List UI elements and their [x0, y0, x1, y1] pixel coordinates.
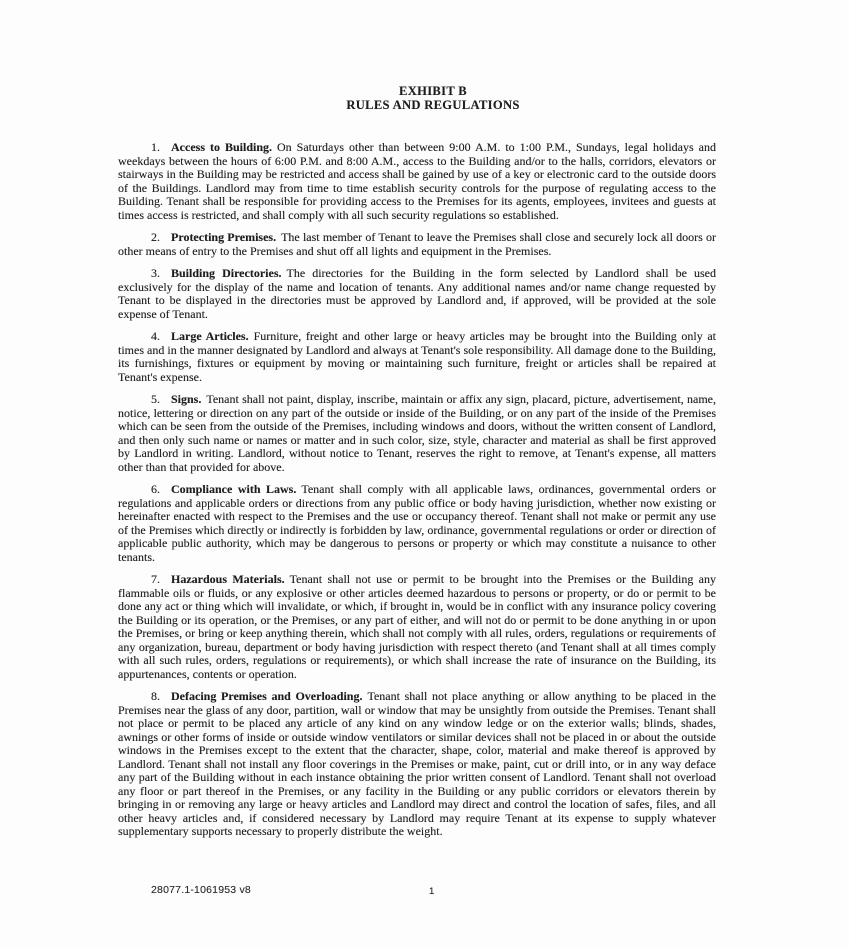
paragraph-defacing-premises-and-overloading: 8.Defacing Premises and Overloading.Tena…	[118, 690, 716, 839]
paragraph-number: 1.	[151, 140, 160, 154]
document-title: EXHIBIT B RULES AND REGULATIONS	[130, 84, 736, 112]
paragraph-heading: Large Articles.	[171, 329, 249, 343]
title-exhibit: EXHIBIT B	[130, 84, 736, 98]
paragraph-heading: Building Directories.	[171, 266, 282, 280]
paragraph-large-articles: 4.Large Articles.Furniture, freight and …	[118, 330, 716, 384]
paragraph-heading: Hazardous Materials.	[171, 572, 285, 586]
paragraph-heading: Protecting Premises.	[171, 230, 276, 244]
paragraph-number: 4.	[151, 329, 160, 343]
paragraph-number: 3.	[151, 266, 160, 280]
scanned-document-page: EXHIBIT B RULES AND REGULATIONS 1.Access…	[0, 0, 849, 949]
paragraph-heading: Defacing Premises and Overloading.	[171, 689, 362, 703]
paragraph-signs: 5.Signs.Tenant shall not paint, display,…	[118, 393, 716, 474]
document-id: 28077.1-1061953 v8	[151, 884, 251, 896]
paragraph-access-to-building: 1.Access to Building.On Saturdays other …	[118, 141, 716, 222]
paragraph-number: 2.	[151, 230, 160, 244]
paragraph-building-directories: 3.Building Directories.The directories f…	[118, 267, 716, 321]
paragraph-compliance-with-laws: 6.Compliance with Laws.Tenant shall comp…	[118, 483, 716, 564]
title-rules: RULES AND REGULATIONS	[130, 98, 736, 112]
paragraph-heading: Signs.	[171, 392, 201, 406]
paragraph-hazardous-materials: 7.Hazardous Materials.Tenant shall not u…	[118, 573, 716, 681]
document-body: 1.Access to Building.On Saturdays other …	[118, 141, 716, 848]
paragraph-heading: Compliance with Laws.	[171, 482, 296, 496]
paragraph-body-text: Tenant shall not paint, display, inscrib…	[118, 392, 716, 474]
paragraph-body-text: Tenant shall not place anything or allow…	[118, 689, 716, 838]
paragraph-number: 8.	[151, 689, 160, 703]
paragraph-protecting-premises: 2.Protecting Premises.The last member of…	[118, 231, 716, 258]
paragraph-number: 5.	[151, 392, 160, 406]
paragraph-number: 6.	[151, 482, 160, 496]
paragraph-body-text: Tenant shall not use or permit to be bro…	[118, 572, 716, 681]
paragraph-number: 7.	[151, 572, 160, 586]
paragraph-heading: Access to Building.	[171, 140, 272, 154]
page-footer: 28077.1-1061953 v8 1	[0, 883, 849, 903]
page-number: 1	[429, 886, 434, 897]
